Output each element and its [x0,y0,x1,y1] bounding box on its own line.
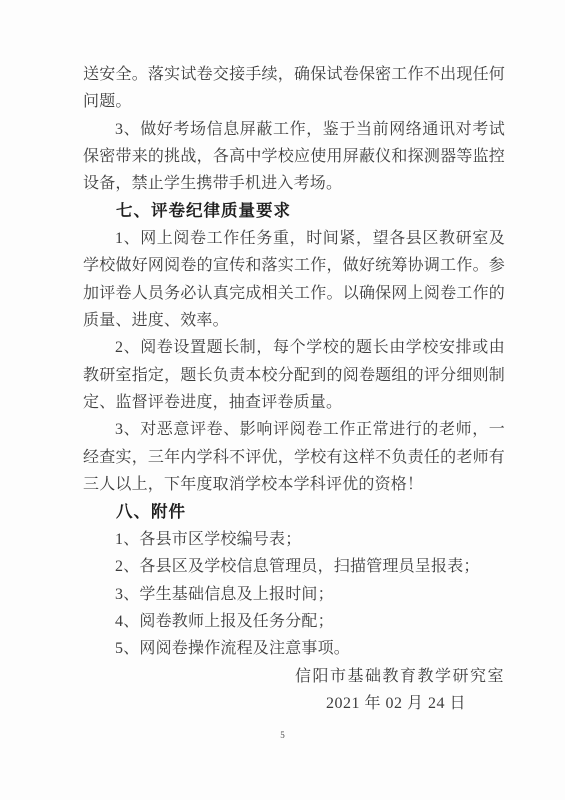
section-heading-8: 八、附件 [83,499,505,526]
paragraph-security-continuation: 送安全。落实试卷交接手续，确保试卷保密工作不出现任何问题。 [83,61,505,116]
attachment-item-3: 3、学生基础信息及上报时间； [83,581,505,608]
paragraph-grading-1: 1、网上阅卷工作任务重，时间紧，望各县区教研室及学校做好网阅卷的宣传和落实工作，… [83,225,505,334]
section-heading-7: 七、评卷纪律质量要求 [83,198,505,225]
paragraph-grading-3: 3、对恶意评卷、影响评阅卷工作正常进行的老师，一经查实，三年内学科不评优，学校有… [83,416,505,498]
attachment-item-2: 2、各县区及学校信息管理员，扫描管理员呈报表； [83,553,505,580]
issue-date: 2021 年 02 月 24 日 [83,690,505,717]
document-body: 送安全。落实试卷交接手续，确保试卷保密工作不出现任何问题。3、做好考场信息屏蔽工… [83,61,505,717]
page-number: 5 [0,730,565,740]
paragraph-grading-2: 2、阅卷设置题长制，每个学校的题长由学校安排或由教研室指定，题长负责本校分配到的… [83,334,505,416]
document-page: 送安全。落实试卷交接手续，确保试卷保密工作不出现任何问题。3、做好考场信息屏蔽工… [0,0,565,800]
issuing-office: 信阳市基础教育教学研究室 [83,663,505,690]
attachment-item-5: 5、网阅卷操作流程及注意事项。 [83,635,505,662]
attachment-item-1: 1、各县市区学校编号表； [83,526,505,553]
attachment-item-4: 4、阅卷教师上报及任务分配； [83,608,505,635]
paragraph-exam-room-shielding: 3、做好考场信息屏蔽工作，鉴于当前网络通讯对考试保密带来的挑战，各高中学校应使用… [83,116,505,198]
